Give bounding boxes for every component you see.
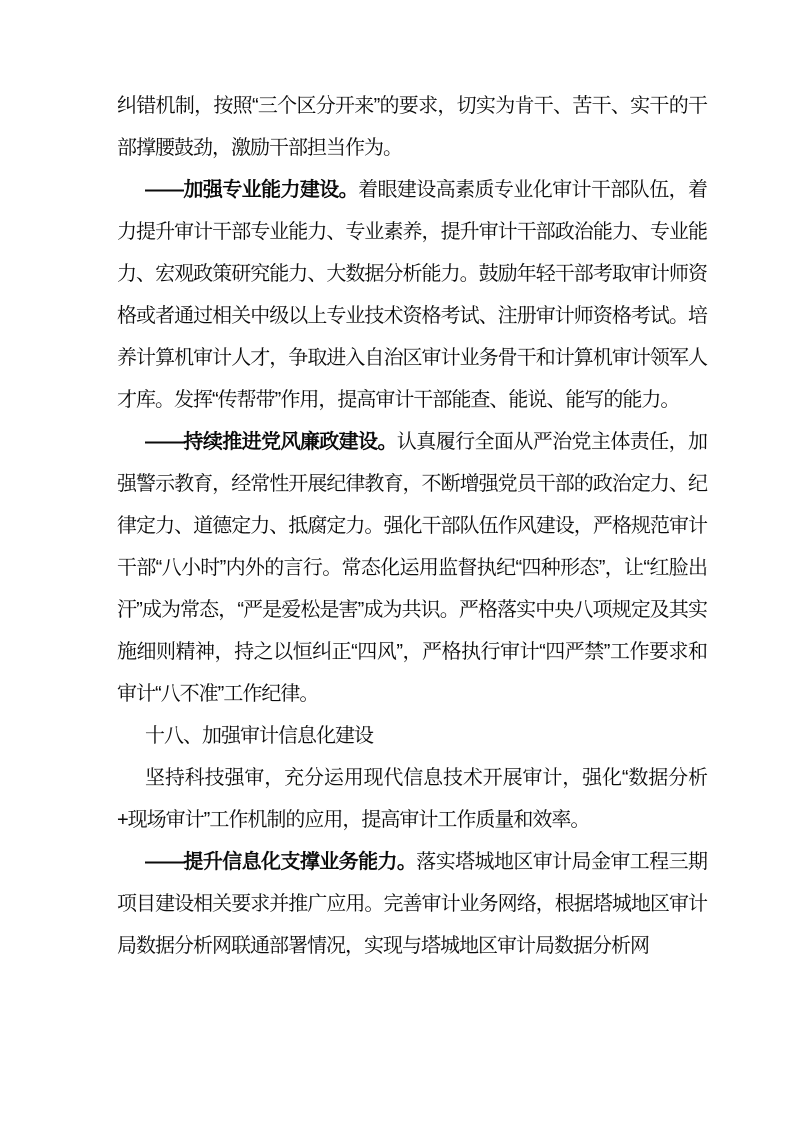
para-technology-strengthen-audit: 坚持科技强审，充分运用现代信息技术开展审计，强化“数据分析+现场审计”工作机制的… bbox=[117, 757, 707, 841]
bold-text-run: ——加强专业能力建设。 bbox=[145, 179, 358, 201]
document-page: 纠错机制，按照“三个区分开来”的要求，切实为肯干、苦干、实干的干部撑腰鼓劲，激励… bbox=[0, 0, 793, 1122]
para-continuation-error-correction: 纠错机制，按照“三个区分开来”的要求，切实为肯干、苦干、实干的干部撑腰鼓劲，激励… bbox=[117, 85, 707, 169]
text-run: 十八、加强审计信息化建设 bbox=[145, 725, 373, 747]
text-run: 坚持科技强审，充分运用现代信息技术开展审计，强化“数据分析+现场审计”工作机制的… bbox=[117, 767, 707, 831]
bold-text-run: ——持续推进党风廉政建设。 bbox=[145, 431, 397, 453]
text-run: 认真履行全面从严治党主体责任，加强警示教育，经常性开展纪律教育，不断增强党员干部… bbox=[117, 431, 707, 705]
text-run: 纠错机制，按照“三个区分开来”的要求，切实为肯干、苦干、实干的干部撑腰鼓劲，激励… bbox=[117, 95, 707, 159]
para-party-conduct-discipline: ——持续推进党风廉政建设。认真履行全面从严治党主体责任，加强警示教育，经常性开展… bbox=[117, 421, 707, 715]
text-run: 着眼建设高素质专业化审计干部队伍，着力提升审计干部专业能力、专业素养，提升审计干… bbox=[117, 179, 707, 411]
heading-section-18: 十八、加强审计信息化建设 bbox=[117, 715, 707, 757]
bold-text-run: ——提升信息化支撑业务能力。 bbox=[145, 851, 416, 873]
para-informatization-support: ——提升信息化支撑业务能力。落实塔城地区审计局金审工程三期项目建设相关要求并推广… bbox=[117, 841, 707, 967]
para-professional-capability: ——加强专业能力建设。着眼建设高素质专业化审计干部队伍，着力提升审计干部专业能力… bbox=[117, 169, 707, 421]
document-body: 纠错机制，按照“三个区分开来”的要求，切实为肯干、苦干、实干的干部撑腰鼓劲，激励… bbox=[117, 85, 707, 967]
